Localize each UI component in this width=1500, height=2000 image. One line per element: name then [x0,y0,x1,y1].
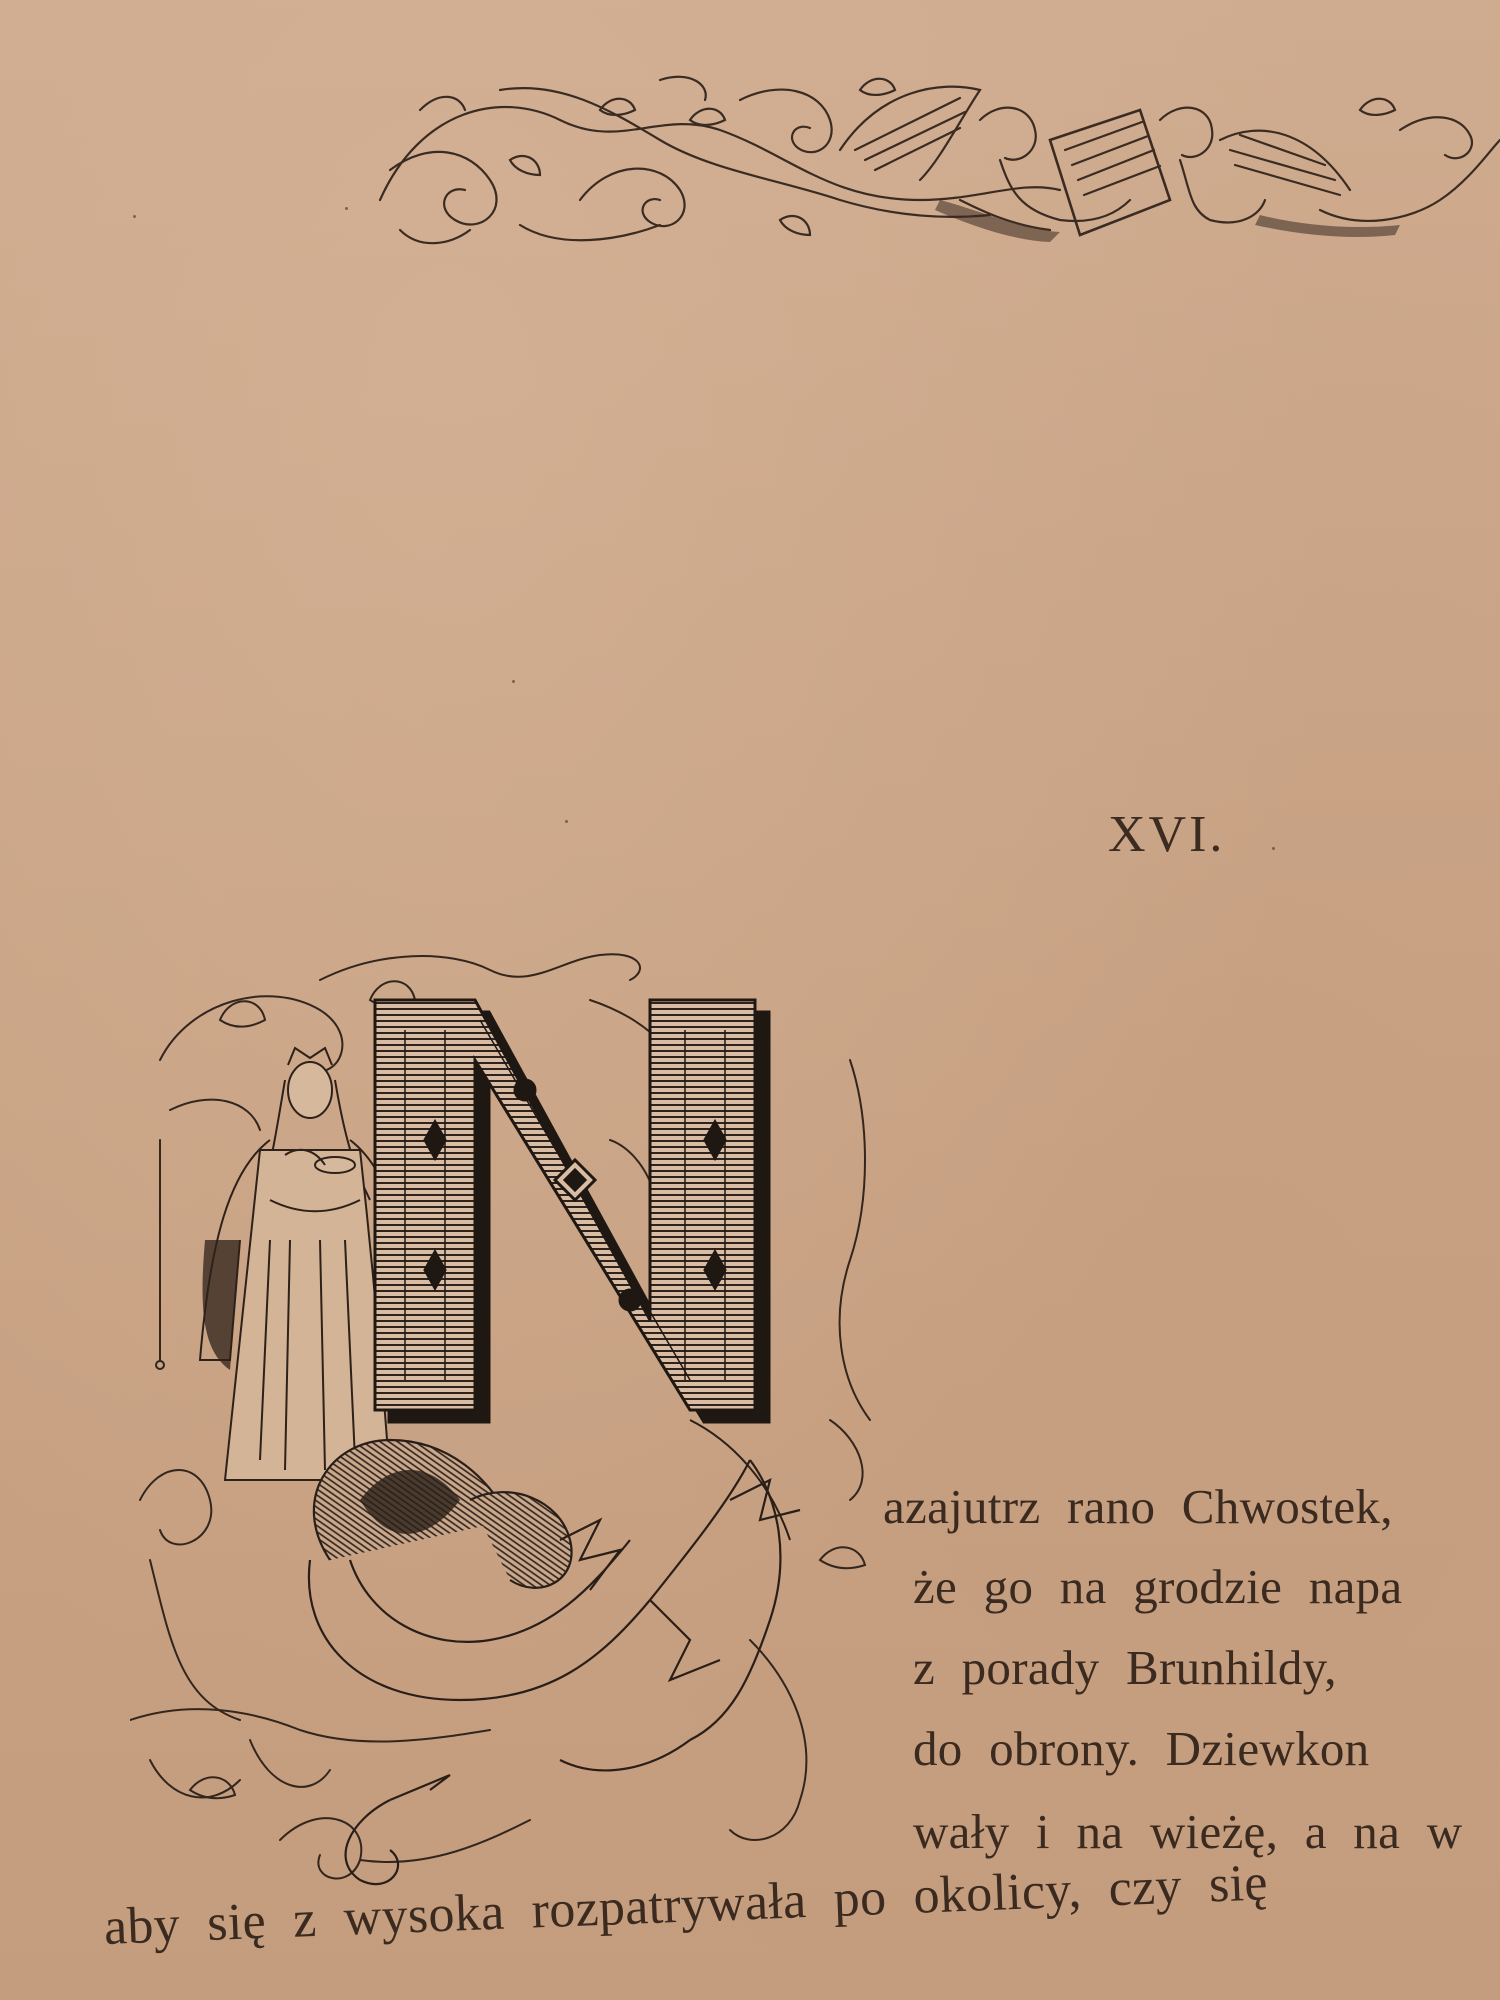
paper-speck [512,680,515,683]
chapter-number: XVI. [1108,805,1225,864]
cherub-scroll-ornament-icon [360,50,1500,270]
paper-speck [133,215,136,218]
text-line-4: do obrony. Dziewkon [913,1720,1369,1777]
text-line-2: że go na grodzie napa [913,1558,1402,1615]
header-ornament [360,50,1500,270]
paper-speck [345,207,348,210]
paper-speck [565,820,568,823]
paper-speck [1272,847,1275,850]
ornamental-initial [130,940,880,1920]
text-line-5: wały i na wieżę, a na w [913,1803,1462,1860]
text-line-3: z porady Brunhildy, [913,1639,1337,1696]
book-page: XVI. [0,0,1500,2000]
text-line-1: azajutrz rano Chwostek, [883,1478,1393,1535]
drop-cap-n-icon [130,940,880,1920]
